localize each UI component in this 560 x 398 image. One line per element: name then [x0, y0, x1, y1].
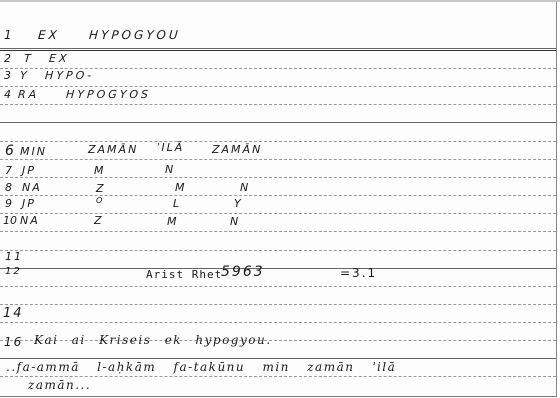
rule-line: [0, 177, 556, 178]
rule-line: [0, 86, 556, 87]
rule-line: [0, 195, 556, 196]
table-cell: Y: [234, 197, 243, 210]
table-row-label: JP: [22, 164, 36, 177]
line-number: 12: [5, 266, 22, 277]
line-number: 8: [5, 181, 14, 194]
arabic-transliteration: ..fa-ammā l-aḥkām fa-takūnu min zamān ʾi…: [6, 360, 396, 374]
table-cell: M: [167, 215, 179, 228]
line-number: 6: [5, 143, 16, 159]
table-cell: N: [165, 163, 175, 176]
index-card: 1 EX HYPOGYOU 2 T EX 3 Y HYPO- 4 RA HYPO…: [0, 0, 557, 397]
line-3-col2: HYPO-: [44, 69, 94, 82]
rule-line: [0, 141, 556, 142]
table-row-label: JP: [22, 197, 36, 210]
line-number: 3: [4, 69, 14, 82]
arabic-transliteration-continued: zamān...: [28, 378, 91, 392]
line-2: 2 T EX: [4, 52, 69, 65]
top-edge: [0, 0, 560, 2]
rule-line-header: [0, 50, 556, 51]
rule-line: [0, 213, 556, 214]
rule-line: [0, 304, 556, 305]
line-2-col1: T: [23, 52, 34, 65]
rule-line: [0, 48, 556, 49]
table-cell: M: [175, 181, 187, 194]
line-number: 1: [4, 28, 22, 42]
line-number: 16: [4, 335, 23, 349]
rule-line: [0, 231, 556, 232]
table-cell: L: [173, 197, 181, 210]
line-number: 7: [5, 164, 14, 177]
rule-line: [0, 159, 556, 160]
rule-line: [0, 322, 556, 323]
line-number: 14: [3, 306, 24, 321]
line-1: 1 EX HYPOGYOU: [4, 28, 181, 42]
table-header-col2: ZAMĀN: [88, 143, 138, 156]
line-2-col2: EX: [48, 52, 69, 65]
source-note: =3.1: [340, 266, 377, 280]
line-4: 4 RA HYPOGYOS: [4, 88, 151, 101]
line-3-col1: Y: [19, 69, 30, 82]
table-cell: M: [94, 164, 106, 177]
table-header-col3: ʾILĀ: [156, 141, 184, 154]
rule-line: [0, 376, 556, 377]
rule-line: [0, 104, 556, 105]
table-cell: N: [240, 181, 250, 194]
source-reference: Arist Rhet: [146, 268, 222, 281]
table-cell: O: [96, 196, 104, 205]
rule-line: [0, 250, 556, 251]
line-3: 3 Y HYPO-: [4, 69, 94, 82]
line-1-title: HYPOGYOU: [89, 28, 182, 42]
table-cell: N: [230, 215, 240, 228]
table-row-label: NA: [22, 181, 42, 194]
table-header-col4: ZAMĀN: [212, 143, 262, 156]
table-cell: Z: [94, 214, 104, 227]
greek-phrase: Kai ai Kriseis ek hypogyou.: [34, 333, 272, 347]
table-cell: Z: [96, 182, 106, 195]
line-number: 10: [3, 214, 17, 227]
rule-line: [0, 268, 556, 269]
rule-line: [0, 286, 556, 287]
rule-line: [0, 122, 556, 123]
table-row-label: NA: [20, 214, 40, 227]
line-1-text: EX: [37, 28, 60, 42]
source-page: 5963: [221, 264, 265, 280]
line-4-col2: HYPOGYOS: [66, 88, 152, 101]
line-4-col1: RA: [17, 88, 39, 101]
line-number: 9: [5, 197, 14, 210]
line-number: 4: [4, 88, 12, 101]
line-number: 2: [4, 52, 18, 65]
line-number: 11: [5, 250, 23, 263]
rule-line: [0, 358, 556, 359]
table-header-col1: MIN: [20, 145, 47, 158]
